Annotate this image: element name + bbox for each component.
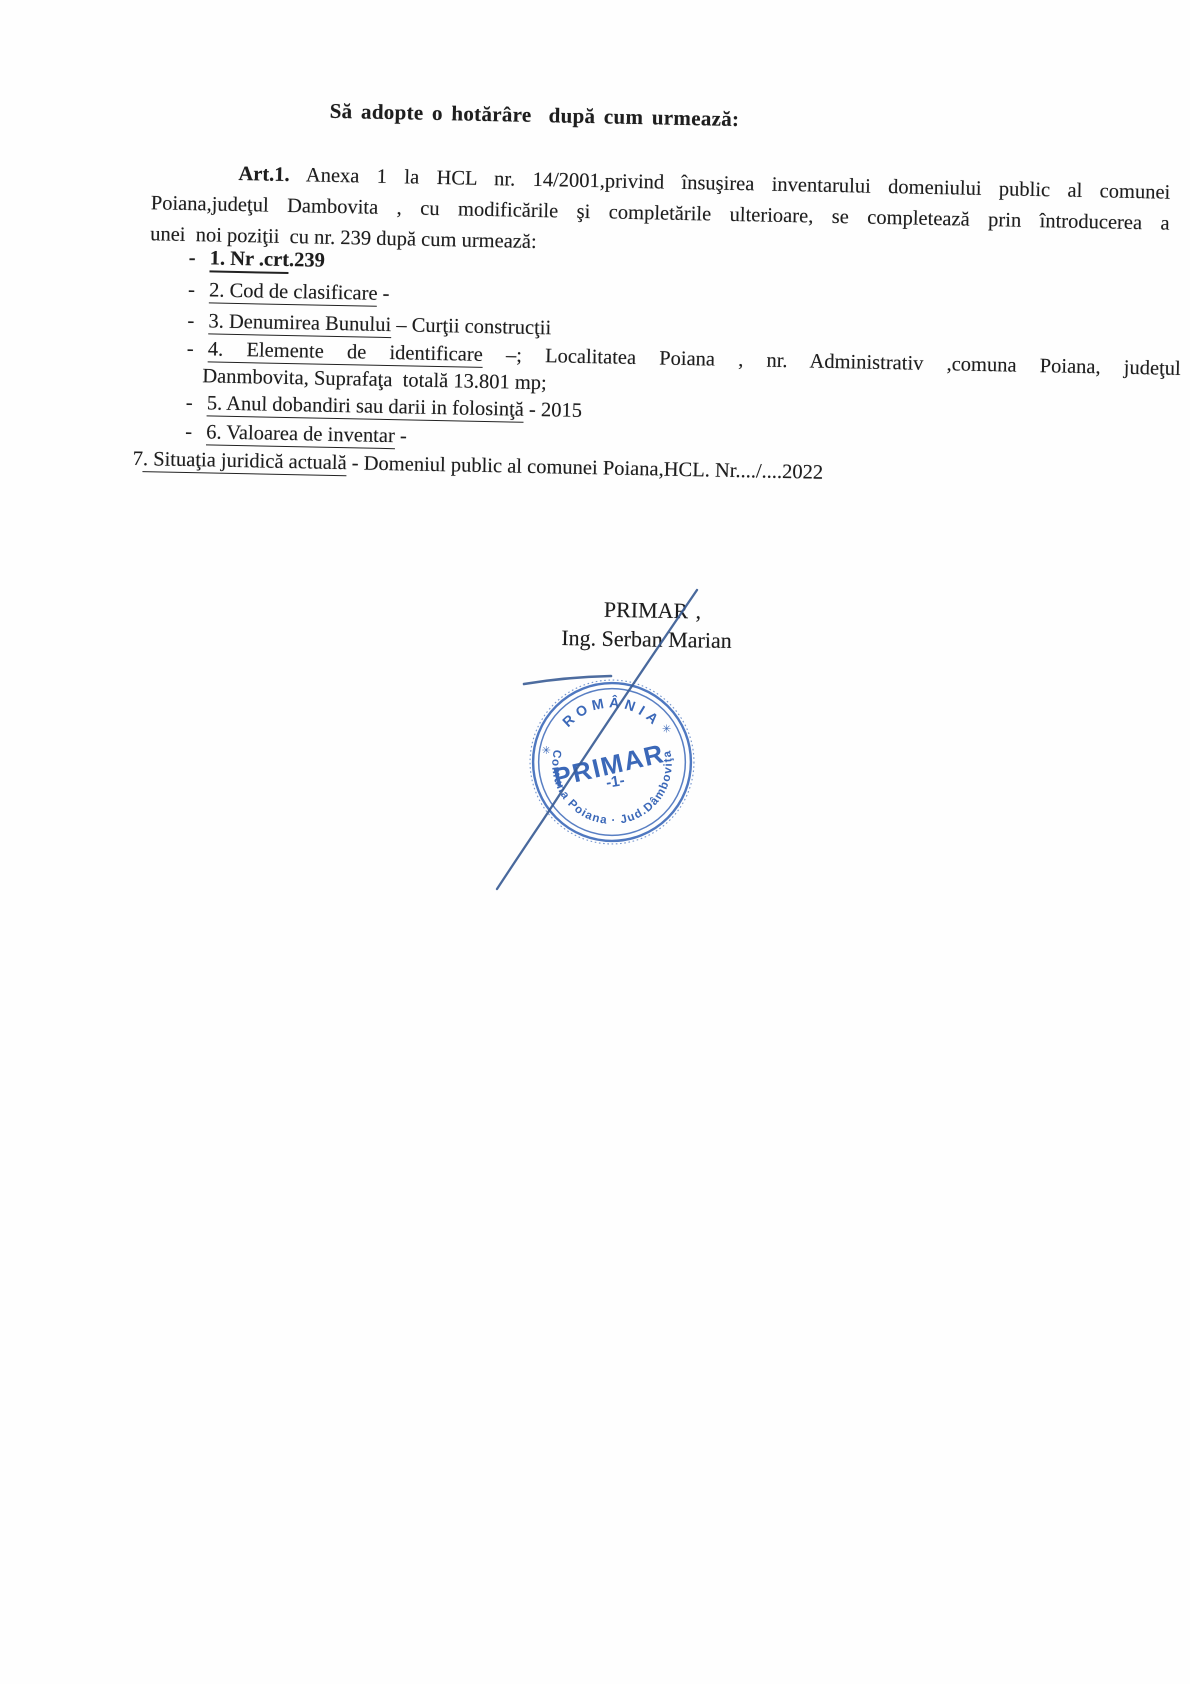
list-item-7-underlined: . Situaţia juridică actuală [143,448,347,476]
list-item-3-underlined: 3. Denumirea Bunului [208,310,391,338]
signature-block: PRIMAR , Ing. Serban Marian [9,0,1190,111]
primar-round-stamp: ROMÂNIA Comuna Poiana · Jud.Dâmboviţa PR… [526,676,698,848]
dash-marker: - [187,308,194,334]
list-item-6-rest: - [395,425,407,447]
signature-name: Ing. Serban Marian [561,625,732,654]
list-item-5-rest: - 2015 [524,399,583,422]
list-item-7-rest: - Domeniul public al comunei Poiana,HCL.… [346,452,823,484]
signature-role: PRIMAR , [604,597,702,625]
article-label: Art.1. [238,163,290,186]
document-heading: Să adopte o hotărâre după cum urmează: [329,99,739,132]
list-item-2-underlined: 2. Cod de clasificare [209,279,378,306]
list-item-2-rest: - [377,283,389,305]
list-item-5: - 5. Anul dobandiri sau darii in folosin… [134,389,1179,410]
stamp-star-icon: ✳ [542,745,551,757]
dash-marker: - [186,390,193,416]
list-item-6: - 6. Valoarea de inventar - [134,418,1179,439]
list-item-3: - 3. Denumirea Bunului – Curţii construc… [136,307,1181,328]
list-item-5-underlined: 5. Anul dobandiri sau darii in folosinţă [207,392,525,422]
list-item-6-underlined: 6. Valoarea de inventar [206,421,395,449]
document-body: Să adopte o hotărâre după cum urmează: A… [132,95,1185,536]
list-item-4: - 4. Elemente de identificare –; Localit… [135,335,1180,356]
dash-marker: - [185,419,192,445]
list-item-3-rest: – Curţii construcţii [391,314,551,339]
document-page: Să adopte o hotărâre după cum urmează: A… [0,0,1190,1684]
list-item-1-rest: .239 [289,249,325,272]
dash-marker: - [188,245,195,271]
stamp-star-icon: ✳ [662,724,671,736]
list-item-4-rest: –; Localitatea Poiana , nr. Administrati… [483,344,1181,380]
dash-marker: - [188,277,195,303]
stamp-number-text: -1- [605,772,626,792]
dash-marker: - [187,336,194,362]
list-item-2: - 2. Cod de clasificare - [136,276,1181,297]
list-item-7: 7. Situaţia juridică actuală - Domeniul … [133,446,1178,467]
list-item-1-underlined: 1. Nr .crt [209,247,289,274]
